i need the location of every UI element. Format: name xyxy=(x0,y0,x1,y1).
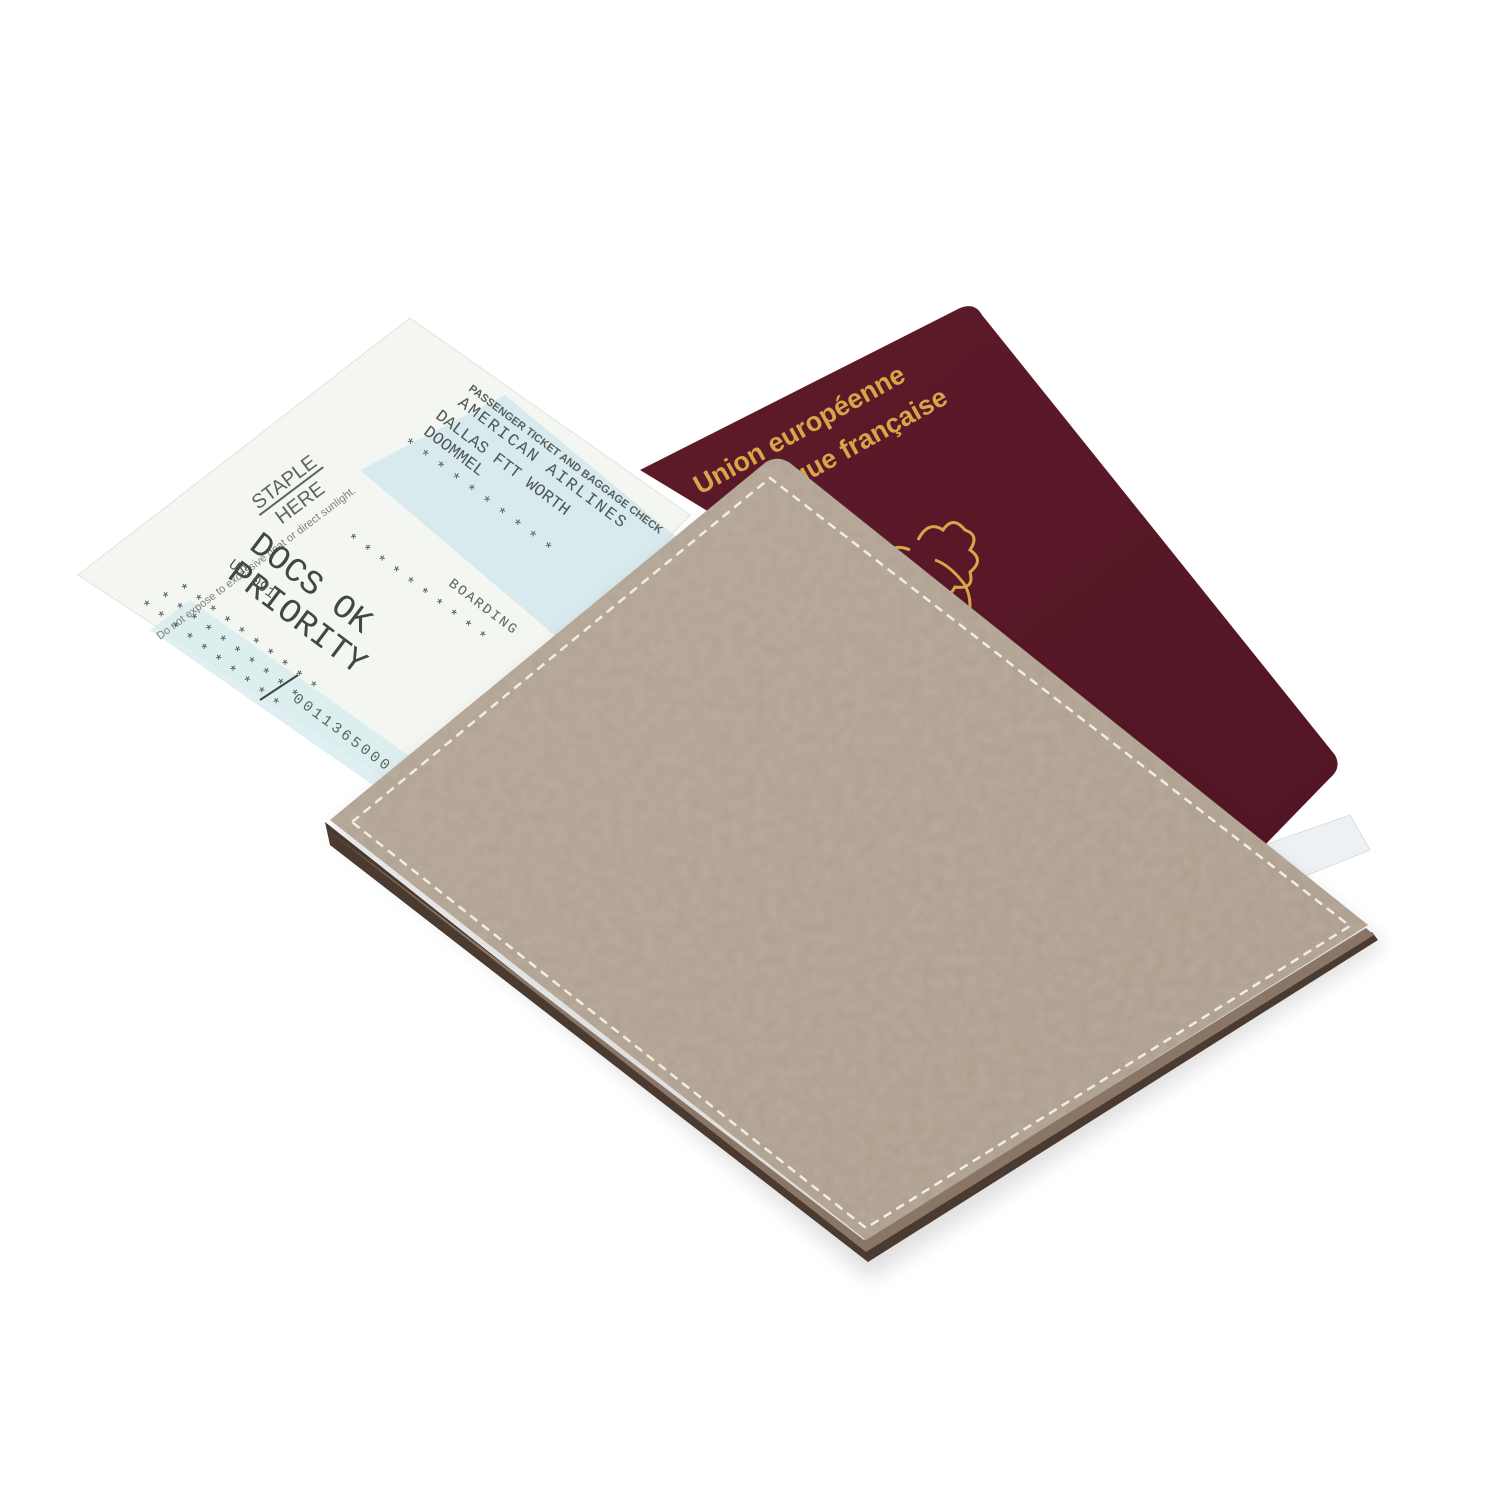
product-photo: Do not expose to excessive heat or direc… xyxy=(0,0,1500,1500)
